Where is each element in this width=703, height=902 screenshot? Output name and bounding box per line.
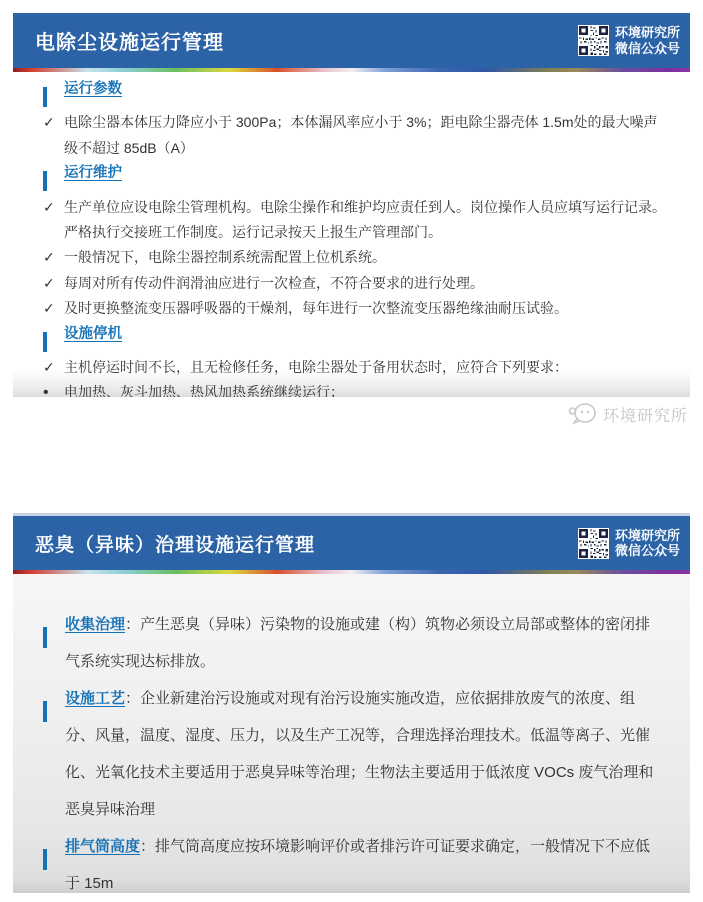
list-item: ✓ 一般情况下，电除尘器控制系统需配置上位机系统。: [43, 245, 666, 270]
term-body: ：企业新建治污设施或对现有治污设施实施改造，应依据排放废气的浓度、组分、风量，温…: [65, 690, 653, 818]
watermark-logo-icon: [568, 402, 598, 426]
item-text: 排气筒高度：排气筒高度应按环境影响评价或者排污许可证要求确定，一般情况下不应低于…: [65, 828, 664, 893]
section-heading: 设施停机: [43, 322, 666, 355]
heading-text: 运行参数: [64, 77, 122, 102]
item-text: 生产单位应设电除尘管理机构。电除尘操作和维护均应责任到人。岗位操作人员应填写运行…: [64, 195, 666, 246]
term-label: 收集治理: [65, 616, 125, 633]
wechat-badge: 环境研究所 微信公众号: [578, 25, 680, 56]
watermark-label: 环境研究所: [603, 403, 688, 426]
list-item: ✓ 生产单位应设电除尘管理机构。电除尘操作和维护均应责任到人。岗位操作人员应填写…: [43, 195, 666, 246]
wechat-badge: 环境研究所 微信公众号: [578, 528, 680, 559]
slide-title: 电除尘设施运行管理: [35, 26, 224, 55]
slide-header: 电除尘设施运行管理 环境研究所 微信公众号: [13, 13, 690, 68]
list-item: • 电加热、灰斗加热、热风加热系统继续运行；: [43, 380, 666, 397]
slide-body: 运行参数 ✓ 电除尘器本体压力降应小于 300Pa；本体漏风率应小于 3%；距电…: [13, 72, 690, 397]
list-item: 排气筒高度：排气筒高度应按环境影响评价或者排污许可证要求确定，一般情况下不应低于…: [43, 828, 664, 893]
item-text: 电加热、灰斗加热、热风加热系统继续运行；: [64, 380, 666, 397]
slide-odor-treatment: 恶臭（异味）治理设施运行管理 环境研究所 微信公众号 收集治理：产生恶臭（异味）…: [13, 513, 690, 893]
dot-bullet-icon: •: [43, 380, 64, 397]
slide-dust-removal: 电除尘设施运行管理 环境研究所 微信公众号 运行参数 ✓ 电除尘器本体压力降应小…: [13, 13, 690, 397]
list-item: 设施工艺：企业新建治污设施或对现有治污设施实施改造，应依据排放废气的浓度、组分、…: [43, 680, 664, 828]
slide-header: 恶臭（异味）治理设施运行管理 环境研究所 微信公众号: [13, 513, 690, 570]
square-bullet-icon: [43, 606, 65, 656]
check-icon: ✓: [43, 296, 64, 321]
square-bullet-icon: [43, 828, 65, 878]
item-text: 主机停运时间不长，且无检修任务，电除尘器处于备用状态时，应符合下列要求：: [64, 355, 666, 380]
check-icon: ✓: [43, 271, 64, 296]
item-text: 一般情况下，电除尘器控制系统需配置上位机系统。: [64, 245, 666, 270]
item-text: 收集治理：产生恶臭（异味）污染物的设施或建（构）筑物必须设立局部或整体的密闭排气…: [65, 606, 664, 680]
list-item: ✓ 主机停运时间不长，且无检修任务，电除尘器处于备用状态时，应符合下列要求：: [43, 355, 666, 380]
check-icon: ✓: [43, 195, 64, 220]
qr-code-icon: [578, 528, 609, 559]
item-text: 设施工艺：企业新建治污设施或对现有治污设施实施改造，应依据排放废气的浓度、组分、…: [65, 680, 664, 828]
check-icon: ✓: [43, 110, 64, 135]
heading-text: 设施停机: [64, 322, 122, 347]
square-bullet-icon: [43, 322, 64, 355]
list-item: ✓ 及时更换整流变压器呼吸器的干燥剂，每年进行一次整流变压器绝缘油耐压试验。: [43, 296, 666, 321]
watermark: 环境研究所: [568, 402, 688, 426]
term-label: 设施工艺: [65, 690, 125, 707]
item-text: 电除尘器本体压力降应小于 300Pa；本体漏风率应小于 3%；距电除尘器壳体 1…: [64, 110, 666, 161]
heading-text: 运行维护: [64, 161, 122, 186]
slide-title: 恶臭（异味）治理设施运行管理: [35, 530, 315, 557]
square-bullet-icon: [43, 161, 64, 194]
slide-body: 收集治理：产生恶臭（异味）污染物的设施或建（构）筑物必须设立局部或整体的密闭排气…: [13, 574, 690, 893]
qr-code-icon: [578, 25, 609, 56]
term-body: ：产生恶臭（异味）污染物的设施或建（构）筑物必须设立局部或整体的密闭排气系统实现…: [65, 616, 650, 670]
section-heading: 运行维护: [43, 161, 666, 194]
square-bullet-icon: [43, 77, 64, 110]
check-icon: ✓: [43, 245, 64, 270]
term-body: ：排气筒高度应按环境影响评价或者排污许可证要求确定，一般情况下不应低于 15m: [65, 838, 650, 892]
item-text: 每周对所有传动件润滑油应进行一次检查，不符合要求的进行处理。: [64, 271, 666, 296]
badge-line-2: 微信公众号: [615, 543, 680, 559]
section-heading: 运行参数: [43, 77, 666, 110]
wechat-badge-text: 环境研究所 微信公众号: [615, 25, 680, 56]
square-bullet-icon: [43, 680, 65, 730]
badge-line-2: 微信公众号: [615, 41, 680, 57]
term-label: 排气筒高度: [65, 838, 140, 855]
list-item: ✓ 每周对所有传动件润滑油应进行一次检查，不符合要求的进行处理。: [43, 271, 666, 296]
wechat-badge-text: 环境研究所 微信公众号: [615, 528, 680, 559]
check-icon: ✓: [43, 355, 64, 380]
list-item: ✓ 电除尘器本体压力降应小于 300Pa；本体漏风率应小于 3%；距电除尘器壳体…: [43, 110, 666, 161]
badge-line-1: 环境研究所: [615, 528, 680, 544]
badge-line-1: 环境研究所: [615, 25, 680, 41]
item-text: 及时更换整流变压器呼吸器的干燥剂，每年进行一次整流变压器绝缘油耐压试验。: [64, 296, 666, 321]
list-item: 收集治理：产生恶臭（异味）污染物的设施或建（构）筑物必须设立局部或整体的密闭排气…: [43, 606, 664, 680]
